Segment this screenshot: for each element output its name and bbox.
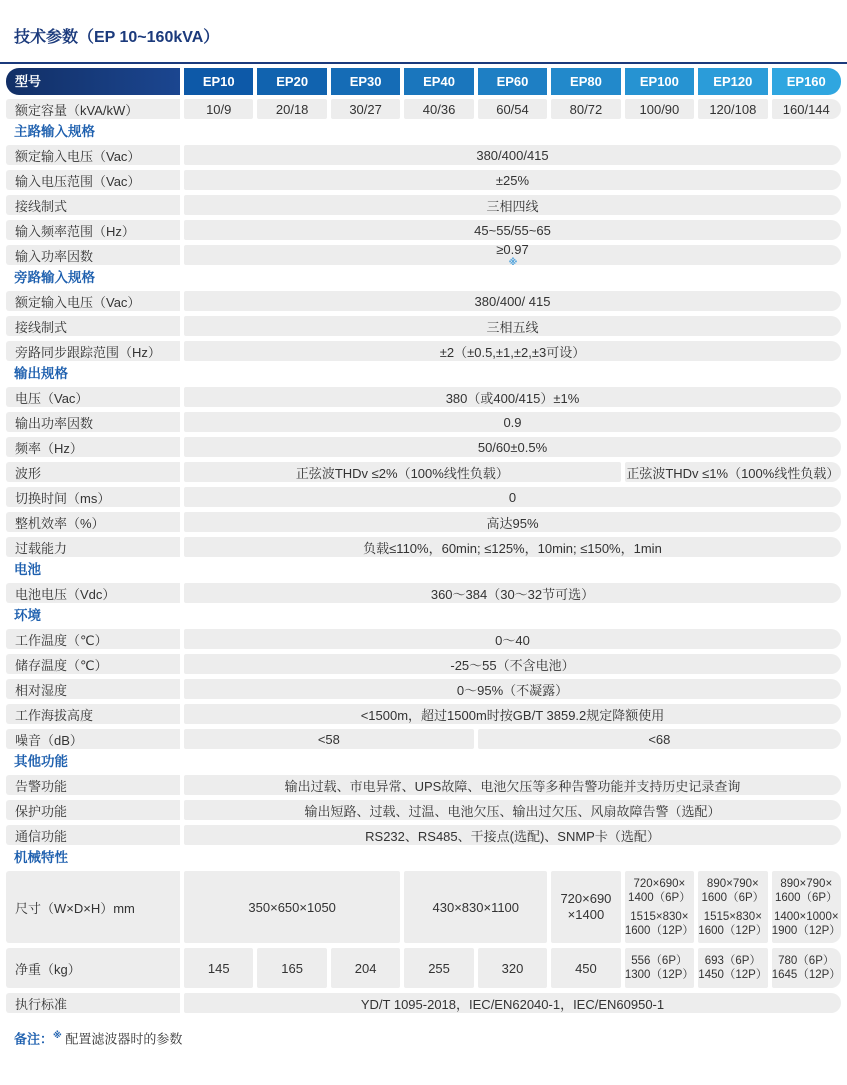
model-header-columns: EP10EP20EP30EP40EP60EP80EP100EP120EP160 bbox=[184, 68, 841, 95]
value-line: 556（6P） bbox=[631, 954, 687, 968]
model-header-ep120: EP120 bbox=[698, 68, 767, 95]
value-line: 1900（12P） bbox=[772, 924, 841, 938]
footnote: 备注：※ 配置滤波器时的参数 bbox=[14, 1027, 847, 1047]
value-text: 正弦波THDv ≤2%（100%线性负载） bbox=[296, 463, 509, 482]
spec-row: 尺寸（W×D×H）mm350×650×1050430×830×1100720×6… bbox=[6, 871, 841, 943]
spec-row: 旁路同步跟踪范围（Hz）±2（±0.5,±1,±2,±3可设） bbox=[6, 341, 841, 361]
spec-row-values: 0～40 bbox=[184, 629, 841, 649]
spec-row: 过载能力负载≤110%，60min; ≤125%，10min; ≤150%，1m… bbox=[6, 537, 841, 557]
spec-value-cell: 输出短路、过载、过温、电池欠压、输出过欠压、风扇故障告警（选配） bbox=[184, 800, 841, 820]
model-header-ep60: EP60 bbox=[478, 68, 547, 95]
value-text: 输出短路、过载、过温、电池欠压、输出过欠压、风扇故障告警（选配） bbox=[304, 801, 720, 820]
spec-value-cell: 204 bbox=[331, 948, 400, 988]
spec-value-cell: <58 bbox=[184, 729, 474, 749]
value-text: 160/144 bbox=[783, 102, 830, 117]
value-text: 0.9 bbox=[503, 415, 521, 430]
value-line: 1450（12P） bbox=[698, 968, 767, 982]
spec-value-cell: 100/90 bbox=[625, 99, 694, 119]
spec-row-label: 过载能力 bbox=[6, 537, 180, 557]
value-line: 720×690× bbox=[633, 877, 685, 891]
value-text: 负载≤110%，60min; ≤125%，10min; ≤150%，1min bbox=[363, 538, 662, 557]
spec-value-cell: 720×690×1400 bbox=[551, 871, 620, 943]
spec-row: 工作温度（℃）0～40 bbox=[6, 629, 841, 649]
spec-row-label: 保护功能 bbox=[6, 800, 180, 820]
value-line: 890×790× bbox=[707, 877, 759, 891]
spec-value-cell: 890×790×1600（6P）1515×830×1600（12P） bbox=[698, 871, 767, 943]
spec-sheet-page: 技术参数（EP 10~160kVA） 型号EP10EP20EP30EP40EP6… bbox=[0, 0, 847, 1085]
value-text: 0～40 bbox=[495, 630, 530, 649]
value-text: ±2（±0.5,±1,±2,±3可设） bbox=[440, 342, 586, 361]
spec-row-values: 0.9 bbox=[184, 412, 841, 432]
value-text: 0～95%（不凝露） bbox=[457, 680, 568, 699]
spec-row-values: 输出短路、过载、过温、电池欠压、输出过欠压、风扇故障告警（选配） bbox=[184, 800, 841, 820]
spec-row-label: 执行标准 bbox=[6, 993, 180, 1013]
model-header-ep100: EP100 bbox=[625, 68, 694, 95]
footnote-marker: ※ bbox=[53, 1030, 62, 1040]
spec-row-values: 380（或400/415）±1% bbox=[184, 387, 841, 407]
spec-value-cell: 0～95%（不凝露） bbox=[184, 679, 841, 699]
spec-value-cell: 45~55/55~65 bbox=[184, 220, 841, 240]
spec-value-cell: 430×830×1100 bbox=[404, 871, 547, 943]
footnote-label: 备注： bbox=[14, 1031, 53, 1046]
spec-row-values: 0～95%（不凝露） bbox=[184, 679, 841, 699]
spec-row-label: 接线制式 bbox=[6, 195, 180, 215]
spec-value-cell: 380（或400/415）±1% bbox=[184, 387, 841, 407]
value-text: -25～55（不含电池） bbox=[450, 655, 574, 674]
spec-row-label: 通信功能 bbox=[6, 825, 180, 845]
value-text: <68 bbox=[648, 732, 670, 747]
spec-row-values: 0 bbox=[184, 487, 841, 507]
value-text: 120/108 bbox=[709, 102, 756, 117]
value-text: 三相五线 bbox=[486, 317, 538, 336]
value-text: <58 bbox=[318, 732, 340, 747]
value-text: 10/9 bbox=[206, 102, 231, 117]
spec-value-cell: 正弦波THDv ≤2%（100%线性负载） bbox=[184, 462, 621, 482]
spec-value-cell: ≥0.97※ bbox=[184, 245, 841, 265]
value-text: 正弦波THDv ≤1%（100%线性负载） bbox=[626, 463, 839, 482]
value-text: 380（或400/415）±1% bbox=[446, 388, 580, 407]
value-line: 1515×830× bbox=[704, 910, 762, 924]
spec-row-label: 噪音（dB） bbox=[6, 729, 180, 749]
value-text: 165 bbox=[281, 961, 303, 976]
spec-value-cell: <68 bbox=[478, 729, 841, 749]
spec-value-cell: 380/400/ 415 bbox=[184, 291, 841, 311]
spec-value-cell: 0 bbox=[184, 487, 841, 507]
value-text: 320 bbox=[502, 961, 524, 976]
value-line: 1400×1000× bbox=[774, 910, 839, 924]
section-title: 其他功能 bbox=[14, 754, 841, 769]
spec-row-label: 工作海拔高度 bbox=[6, 704, 180, 724]
spec-row-values: 50/60±0.5% bbox=[184, 437, 841, 457]
value-text: 204 bbox=[355, 961, 377, 976]
spec-row-values: 145165204255320450556（6P）1300（12P）693（6P… bbox=[184, 948, 841, 988]
value-text: 高达95% bbox=[486, 513, 538, 532]
spec-row-values: 三相四线 bbox=[184, 195, 841, 215]
spec-value-cell: ±2（±0.5,±1,±2,±3可设） bbox=[184, 341, 841, 361]
spec-row: 相对湿度0～95%（不凝露） bbox=[6, 679, 841, 699]
spec-row-label: 储存温度（℃） bbox=[6, 654, 180, 674]
spec-value-cell: 165 bbox=[257, 948, 326, 988]
spec-table: 型号EP10EP20EP30EP40EP60EP80EP100EP120EP16… bbox=[6, 68, 841, 1013]
value-text: RS232、RS485、干接点(选配)、SNMP卡（选配） bbox=[365, 826, 660, 845]
spec-row: 频率（Hz）50/60±0.5% bbox=[6, 437, 841, 457]
spec-row: 电池电压（Vdc）360～384（30～32节可选） bbox=[6, 583, 841, 603]
spec-row-values: <58<68 bbox=[184, 729, 841, 749]
spec-row-values: RS232、RS485、干接点(选配)、SNMP卡（选配） bbox=[184, 825, 841, 845]
spec-value-cell: 890×790×1600（6P）1400×1000×1900（12P） bbox=[772, 871, 841, 943]
spec-value-cell: 350×650×1050 bbox=[184, 871, 400, 943]
spec-row-label: 额定输入电压（Vac） bbox=[6, 145, 180, 165]
value-text: 430×830×1100 bbox=[433, 900, 520, 915]
value-line: 1600（12P） bbox=[625, 924, 694, 938]
spec-row: 额定输入电压（Vac）380/400/415 bbox=[6, 145, 841, 165]
spec-row: 输入功率因数≥0.97※ bbox=[6, 245, 841, 265]
model-header-ep80: EP80 bbox=[551, 68, 620, 95]
spec-value-cell: 145 bbox=[184, 948, 253, 988]
footnote-ref-marker: ※ bbox=[509, 257, 518, 265]
spec-row-label: 电池电压（Vdc） bbox=[6, 583, 180, 603]
model-header-ep30: EP30 bbox=[331, 68, 400, 95]
spec-row-label: 相对湿度 bbox=[6, 679, 180, 699]
spec-row: 接线制式三相四线 bbox=[6, 195, 841, 215]
spec-row: 保护功能输出短路、过载、过温、电池欠压、输出过欠压、风扇故障告警（选配） bbox=[6, 800, 841, 820]
spec-row-values: 输出过载、市电异常、UPS故障、电池欠压等多种告警功能并支持历史记录查询 bbox=[184, 775, 841, 795]
spec-value-cell: 320 bbox=[478, 948, 547, 988]
value-line: ×1400 bbox=[568, 907, 605, 923]
spec-row: 额定容量（kVA/kW）10/920/1830/2740/3660/5480/7… bbox=[6, 99, 841, 119]
spec-value-cell: 360～384（30～32节可选） bbox=[184, 583, 841, 603]
spec-row-values: 45~55/55~65 bbox=[184, 220, 841, 240]
value-line: 1645（12P） bbox=[772, 968, 841, 982]
spec-row-label: 输入频率范围（Hz） bbox=[6, 220, 180, 240]
spec-row-values: -25～55（不含电池） bbox=[184, 654, 841, 674]
spec-row: 告警功能输出过载、市电异常、UPS故障、电池欠压等多种告警功能并支持历史记录查询 bbox=[6, 775, 841, 795]
spec-row-values: ±2（±0.5,±1,±2,±3可设） bbox=[184, 341, 841, 361]
spec-value-cell: 10/9 bbox=[184, 99, 253, 119]
spec-row-label: 额定输入电压（Vac） bbox=[6, 291, 180, 311]
value-text: 三相四线 bbox=[486, 196, 538, 215]
spec-value-cell: 556（6P）1300（12P） bbox=[625, 948, 694, 988]
spec-row-label: 输入电压范围（Vac） bbox=[6, 170, 180, 190]
spec-value-cell: RS232、RS485、干接点(选配)、SNMP卡（选配） bbox=[184, 825, 841, 845]
value-text: 输出过载、市电异常、UPS故障、电池欠压等多种告警功能并支持历史记录查询 bbox=[285, 776, 741, 795]
spec-value-cell: 120/108 bbox=[698, 99, 767, 119]
value-text: 100/90 bbox=[640, 102, 680, 117]
value-text: ≥0.97 bbox=[496, 245, 528, 257]
model-header-ep160: EP160 bbox=[772, 68, 841, 95]
spec-row-values: YD/T 1095-2018，IEC/EN62040-1，IEC/EN60950… bbox=[184, 993, 841, 1013]
spec-value-cell: 输出过载、市电异常、UPS故障、电池欠压等多种告警功能并支持历史记录查询 bbox=[184, 775, 841, 795]
spec-value-cell: 三相五线 bbox=[184, 316, 841, 336]
section-title: 电池 bbox=[14, 562, 841, 577]
spec-value-cell: 三相四线 bbox=[184, 195, 841, 215]
spec-value-cell: 720×690×1400（6P）1515×830×1600（12P） bbox=[625, 871, 694, 943]
value-text: 380/400/ 415 bbox=[475, 294, 551, 309]
spec-row-values: 380/400/ 415 bbox=[184, 291, 841, 311]
spec-row: 额定输入电压（Vac）380/400/ 415 bbox=[6, 291, 841, 311]
spec-row-values: 负载≤110%，60min; ≤125%，10min; ≤150%，1min bbox=[184, 537, 841, 557]
value-line: 1300（12P） bbox=[625, 968, 694, 982]
spec-row-label: 整机效率（%） bbox=[6, 512, 180, 532]
spec-row: 输入频率范围（Hz）45~55/55~65 bbox=[6, 220, 841, 240]
spec-row-label: 波形 bbox=[6, 462, 180, 482]
spec-row-label: 工作温度（℃） bbox=[6, 629, 180, 649]
page-title: 技术参数（EP 10~160kVA） bbox=[14, 28, 847, 48]
value-line: 1600（12P） bbox=[698, 924, 767, 938]
value-text: YD/T 1095-2018，IEC/EN62040-1，IEC/EN60950… bbox=[361, 994, 664, 1013]
spec-row-values: <1500m，超过1500m时按GB/T 3859.2规定降额使用 bbox=[184, 704, 841, 724]
model-header-label: 型号 bbox=[6, 68, 180, 95]
spec-value-cell: 255 bbox=[404, 948, 473, 988]
spec-row: 整机效率（%）高达95% bbox=[6, 512, 841, 532]
spec-row-label: 旁路同步跟踪范围（Hz） bbox=[6, 341, 180, 361]
spec-value-cell: 20/18 bbox=[257, 99, 326, 119]
model-header-ep40: EP40 bbox=[404, 68, 473, 95]
value-text: 60/54 bbox=[496, 102, 529, 117]
value-line: 1600（6P） bbox=[775, 891, 838, 905]
model-header-row: 型号EP10EP20EP30EP40EP60EP80EP100EP120EP16… bbox=[6, 68, 841, 95]
value-text: <1500m，超过1500m时按GB/T 3859.2规定降额使用 bbox=[361, 705, 665, 724]
spec-value-cell: 30/27 bbox=[331, 99, 400, 119]
spec-row-label: 尺寸（W×D×H）mm bbox=[6, 871, 180, 943]
spec-row: 净重（kg）145165204255320450556（6P）1300（12P）… bbox=[6, 948, 841, 988]
spec-row-label: 净重（kg） bbox=[6, 948, 180, 988]
value-text: 30/27 bbox=[349, 102, 382, 117]
spec-row: 接线制式三相五线 bbox=[6, 316, 841, 336]
spec-row-values: 正弦波THDv ≤2%（100%线性负载）正弦波THDv ≤1%（100%线性负… bbox=[184, 462, 841, 482]
section-title: 机械特性 bbox=[14, 850, 841, 865]
spec-value-cell: 380/400/415 bbox=[184, 145, 841, 165]
spec-value-cell: 0.9 bbox=[184, 412, 841, 432]
value-text: 50/60±0.5% bbox=[478, 440, 547, 455]
spec-row: 噪音（dB）<58<68 bbox=[6, 729, 841, 749]
value-text: 20/18 bbox=[276, 102, 309, 117]
spec-row-values: 10/920/1830/2740/3660/5480/72100/90120/1… bbox=[184, 99, 841, 119]
spec-value-cell: 50/60±0.5% bbox=[184, 437, 841, 457]
value-text: 360～384（30～32节可选） bbox=[431, 584, 594, 603]
spec-row-label: 接线制式 bbox=[6, 316, 180, 336]
spec-row: 储存温度（℃）-25～55（不含电池） bbox=[6, 654, 841, 674]
spec-value-cell: 780（6P）1645（12P） bbox=[772, 948, 841, 988]
spec-value-cell: 60/54 bbox=[478, 99, 547, 119]
value-line: 693（6P） bbox=[705, 954, 761, 968]
model-header-ep10: EP10 bbox=[184, 68, 253, 95]
spec-value-cell: ±25% bbox=[184, 170, 841, 190]
spec-row: 电压（Vac）380（或400/415）±1% bbox=[6, 387, 841, 407]
spec-value-cell: -25～55（不含电池） bbox=[184, 654, 841, 674]
spec-value-cell: 80/72 bbox=[551, 99, 620, 119]
spec-row-label: 电压（Vac） bbox=[6, 387, 180, 407]
section-title: 主路输入规格 bbox=[14, 124, 841, 139]
spec-row-label: 告警功能 bbox=[6, 775, 180, 795]
value-line: 1515×830× bbox=[630, 910, 688, 924]
value-text: 255 bbox=[428, 961, 450, 976]
value-text: 0 bbox=[509, 490, 516, 505]
spec-row: 切换时间（ms）0 bbox=[6, 487, 841, 507]
value-text: 80/72 bbox=[570, 102, 603, 117]
spec-row-label: 切换时间（ms） bbox=[6, 487, 180, 507]
spec-value-cell: 高达95% bbox=[184, 512, 841, 532]
spec-row-label: 频率（Hz） bbox=[6, 437, 180, 457]
footnote-text: 配置滤波器时的参数 bbox=[65, 1031, 182, 1046]
spec-row-values: 三相五线 bbox=[184, 316, 841, 336]
spec-value-cell: 693（6P）1450（12P） bbox=[698, 948, 767, 988]
value-line: 1400（6P） bbox=[628, 891, 691, 905]
spec-row: 输出功率因数0.9 bbox=[6, 412, 841, 432]
spec-row: 输入电压范围（Vac）±25% bbox=[6, 170, 841, 190]
spec-value-cell: 450 bbox=[551, 948, 620, 988]
spec-row-values: ±25% bbox=[184, 170, 841, 190]
spec-value-cell: YD/T 1095-2018，IEC/EN62040-1，IEC/EN60950… bbox=[184, 993, 841, 1013]
spec-row-values: 高达95% bbox=[184, 512, 841, 532]
value-text: 45~55/55~65 bbox=[474, 223, 551, 238]
value-text: 40/36 bbox=[423, 102, 456, 117]
spec-row-values: 380/400/415 bbox=[184, 145, 841, 165]
section-title: 旁路输入规格 bbox=[14, 270, 841, 285]
spec-row: 工作海拔高度<1500m，超过1500m时按GB/T 3859.2规定降额使用 bbox=[6, 704, 841, 724]
spec-value-cell: 160/144 bbox=[772, 99, 841, 119]
spec-value-cell: 正弦波THDv ≤1%（100%线性负载） bbox=[625, 462, 841, 482]
spec-row-values: 360～384（30～32节可选） bbox=[184, 583, 841, 603]
value-text: 350×650×1050 bbox=[248, 900, 335, 915]
spec-row: 通信功能RS232、RS485、干接点(选配)、SNMP卡（选配） bbox=[6, 825, 841, 845]
spec-row-values: ≥0.97※ bbox=[184, 245, 841, 265]
value-text: ±25% bbox=[496, 173, 529, 188]
spec-value-cell: 负载≤110%，60min; ≤125%，10min; ≤150%，1min bbox=[184, 537, 841, 557]
header-divider bbox=[0, 62, 847, 64]
value-text: 450 bbox=[575, 961, 597, 976]
value-line: 720×690 bbox=[560, 891, 611, 907]
value-line: 1600（6P） bbox=[702, 891, 765, 905]
value-line: 890×790× bbox=[780, 877, 832, 891]
spec-row-values: 350×650×1050430×830×1100720×690×1400720×… bbox=[184, 871, 841, 943]
spec-row: 执行标准YD/T 1095-2018，IEC/EN62040-1，IEC/EN6… bbox=[6, 993, 841, 1013]
spec-row-label: 输出功率因数 bbox=[6, 412, 180, 432]
spec-row-label: 额定容量（kVA/kW） bbox=[6, 99, 180, 119]
model-header-ep20: EP20 bbox=[257, 68, 326, 95]
spec-value-cell: 40/36 bbox=[404, 99, 473, 119]
section-title: 输出规格 bbox=[14, 366, 841, 381]
spec-value-cell: 0～40 bbox=[184, 629, 841, 649]
spec-value-cell: <1500m，超过1500m时按GB/T 3859.2规定降额使用 bbox=[184, 704, 841, 724]
value-line: 780（6P） bbox=[778, 954, 834, 968]
spec-row: 波形正弦波THDv ≤2%（100%线性负载）正弦波THDv ≤1%（100%线… bbox=[6, 462, 841, 482]
spec-row-label: 输入功率因数 bbox=[6, 245, 180, 265]
value-text: 380/400/415 bbox=[476, 148, 548, 163]
section-title: 环境 bbox=[14, 608, 841, 623]
value-text: 145 bbox=[208, 961, 230, 976]
